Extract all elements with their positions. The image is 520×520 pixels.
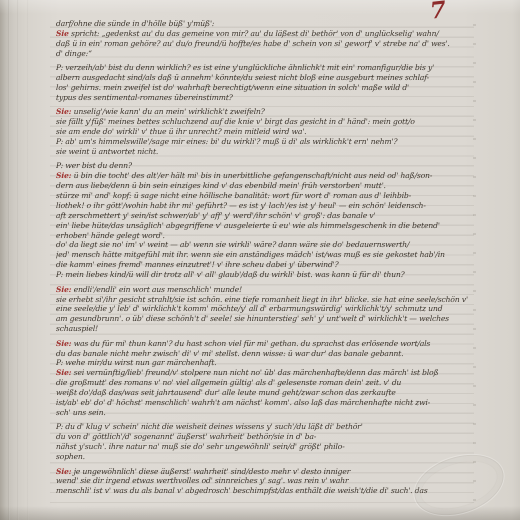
text-line: P: ab' um's himmelswille'/sage mir eines…	[56, 137, 470, 147]
text-line: typus des sentimental-romanes übereinsti…	[56, 93, 470, 103]
text-line: Sie spricht: „gedenkst au' du das gemein…	[56, 29, 470, 39]
text-line: sch' uns sein.	[56, 408, 470, 418]
speaker-rubric: Sie:	[56, 107, 72, 116]
gutter-crease	[27, 0, 29, 520]
line-text: jed' mensch hätte mitgefühl mit ihr. wen…	[56, 250, 445, 259]
line-text: sie am ende do' wirkli' v' thue ü ihr un…	[56, 127, 307, 136]
text-line: Sie: ü bin die tocht' des alt'/er hält m…	[56, 171, 470, 181]
text-line: darf/ohne die sünde in d'hölle büß' y'mü…	[56, 19, 470, 29]
line-text: albern ausgedacht sind/als daß ü annehm'…	[56, 73, 429, 82]
line-text: du von d' göttlich'/d' sogenannt' äußers…	[56, 432, 316, 441]
text-line: ein' liebe hüte/das unsäglich' abgegriff…	[56, 221, 470, 231]
line-text: sch' uns sein.	[56, 408, 106, 417]
text-line: erhoben' hände gelegt word'.	[56, 231, 470, 241]
line-text: P: verzeih/ab' bist du denn wirklich? es…	[56, 63, 434, 72]
text-line: Sie: was du für mi' thun kann'? du hast …	[56, 339, 470, 349]
line-text: aft zerschmettert y' sein/ist schwer/ab'…	[56, 211, 376, 220]
line-text: die kamm' eines fremd' mannes einzutret'…	[56, 260, 339, 269]
text-line: jed' mensch hätte mitgefühl mit ihr. wen…	[56, 250, 470, 260]
text-line: liothek! o ihr gött'/wohin habt ihr mi' …	[56, 201, 470, 211]
text-line: d' dinge:“	[56, 49, 470, 59]
speaker-rubric: Sie	[56, 29, 69, 38]
line-text: sie weint ü antwortet nicht.	[56, 147, 158, 156]
line-text: d' dinge:“	[56, 49, 92, 58]
text-line: Sie: je ungewöhnlich' diese äußerst' wah…	[56, 467, 470, 477]
line-text: daß ü in ein' roman gehöre? au' du/o fre…	[56, 39, 450, 48]
text-line: eine seele/die y' leb' d' wirklichk't ko…	[56, 304, 470, 314]
line-text: do' da liegt sie no' im' v' weint — ab' …	[56, 240, 410, 249]
text-line: Sie: unselig'/wie kann' du an mein' wirk…	[56, 107, 470, 117]
gutter-crease	[8, 0, 10, 520]
line-text: menschli' ist v' was du als banal v' abg…	[56, 486, 428, 495]
text-line: am gesundbrunn'. o üb' diese schönh't d'…	[56, 314, 470, 324]
line-text: sie erhebt si'/ihr gesicht strahlt/sie i…	[56, 295, 470, 304]
text-line: die großmutt' des romans v' no' viel all…	[56, 378, 470, 388]
speaker-rubric: Sie:	[56, 467, 72, 476]
line-text: ist/ab' eb' do' d' höchst' menschlich' w…	[56, 398, 430, 407]
text-line: albern ausgedacht sind/als daß ü annehm'…	[56, 73, 470, 83]
text-line: wend' sie dir irgend etwas werthvolles o…	[56, 476, 470, 486]
text-line: weißt do'/daß das/was seit jahrtausend' …	[56, 388, 470, 398]
line-text: am gesundbrunn'. o üb' diese schönh't d'…	[56, 314, 449, 323]
line-text: P: du d' klug v' schein' nicht die weish…	[56, 422, 363, 431]
text-line: daß ü in ein' roman gehöre? au' du/o fre…	[56, 39, 470, 49]
line-text: dern aus liebe/denn ü bin sein einziges …	[56, 181, 386, 190]
text-line: aft zerschmettert y' sein/ist schwer/ab'…	[56, 211, 470, 221]
text-line: du das banale nicht mehr zwisch' di' v' …	[56, 349, 470, 359]
text-line: sie fällt y'füß' meines bettes schluchze…	[56, 117, 470, 127]
text-line: sie weint ü antwortet nicht.	[56, 147, 470, 157]
line-text: stürze mi' and' kopf: ü sage nicht eine …	[56, 191, 411, 200]
text-line: los' gehirns. mein zweifel ist do' wahrh…	[56, 83, 470, 93]
line-text: P: ab' um's himmelswille'/sage mir eines…	[56, 137, 398, 146]
text-line: P: wer bist du denn?	[56, 161, 470, 171]
manuscript-text: darf/ohne die sünde in d'hölle büß' y'mü…	[56, 19, 470, 511]
text-line: menschli' ist v' was du als banal v' abg…	[56, 486, 470, 496]
line-text: erhoben' hände gelegt word'.	[56, 231, 165, 240]
line-text: je ungewöhnlich' diese äußerst' wahrheit…	[71, 467, 350, 476]
line-text: P: wehe mir/du wirst nun gar märchenhaft…	[56, 358, 217, 367]
text-line: du von d' göttlich'/d' sogenannt' äußers…	[56, 432, 470, 442]
text-line: nähst y'such'. ihre natur na' muß sie do…	[56, 442, 470, 452]
line-text: die großmutt' des romans v' no' viel all…	[56, 378, 401, 387]
text-line: Sie: sei vernünftig/lieb' freund/v' stol…	[56, 368, 470, 378]
line-text: sie fällt y'füß' meines bettes schluchze…	[56, 117, 415, 126]
text-line: stürze mi' and' kopf: ü sage nicht eine …	[56, 191, 470, 201]
text-line: schauspiel!	[56, 324, 470, 334]
line-text: weißt do'/daß das/was seit jahrtausend' …	[56, 388, 396, 397]
line-text: eine seele/die y' leb' d' wirklichk't ko…	[56, 304, 443, 313]
speaker-rubric: Sie:	[56, 171, 72, 180]
line-text: typus des sentimental-romanes übereinsti…	[56, 93, 233, 102]
speaker-rubric: Sie:	[56, 368, 72, 377]
line-text: endli'/endli' ein wort aus menschlich' m…	[71, 285, 242, 294]
line-text: unselig'/wie kann' du an mein' wirklichk…	[71, 107, 265, 116]
line-text: los' gehirns. mein zweifel ist do' wahrh…	[56, 83, 409, 92]
gutter-crease	[17, 0, 19, 520]
line-text: sophen.	[56, 452, 85, 461]
text-line: die kamm' eines fremd' mannes einzutret'…	[56, 260, 470, 270]
text-line: do' da liegt sie no' im' v' weint — ab' …	[56, 240, 470, 250]
text-line: Sie: endli'/endli' ein wort aus menschli…	[56, 285, 470, 295]
line-text: spricht: „gedenkst au' du das gemeine vo…	[69, 29, 439, 38]
line-text: liothek! o ihr gött'/wohin habt ihr mi' …	[56, 201, 426, 210]
speaker-rubric: Sie:	[56, 339, 72, 348]
text-line: P: du d' klug v' schein' nicht die weish…	[56, 422, 470, 432]
text-line: sie erhebt si'/ihr gesicht strahlt/sie i…	[56, 295, 470, 305]
line-text: darf/ohne die sünde in d'hölle büß' y'mü…	[56, 19, 214, 28]
line-text: schauspiel!	[56, 324, 98, 333]
text-line: sie am ende do' wirkli' v' thue ü ihr un…	[56, 127, 470, 137]
line-text: sei vernünftig/lieb' freund/v' stolpere …	[71, 368, 438, 377]
text-line: P: mein liebes kind/ü will dir trotz all…	[56, 270, 470, 280]
line-text: wend' sie dir irgend etwas werthvolles o…	[56, 476, 349, 485]
line-text: P: wer bist du denn?	[56, 161, 132, 170]
line-text: P: mein liebes kind/ü will dir trotz all…	[56, 270, 405, 279]
line-text: ein' liebe hüte/das unsäglich' abgegriff…	[56, 221, 440, 230]
line-text: nähst y'such'. ihre natur na' muß sie do…	[56, 442, 345, 451]
book-photo: 7 darf/ohne die sünde in d'hölle büß' y'…	[0, 0, 520, 520]
line-text: ü bin die tocht' des alt'/er hält mi' bi…	[71, 171, 432, 180]
line-text: was du für mi' thun kann'? du hast schon…	[71, 339, 430, 348]
line-text: du das banale nicht mehr zwisch' di' v' …	[56, 349, 404, 358]
margin-guide-dots	[473, 24, 476, 504]
speaker-rubric: Sie:	[56, 285, 72, 294]
text-line: ist/ab' eb' do' d' höchst' menschlich' w…	[56, 398, 470, 408]
text-line: P: verzeih/ab' bist du denn wirklich? es…	[56, 63, 470, 73]
text-line: sophen.	[56, 452, 470, 462]
text-line: P: wehe mir/du wirst nun gar märchenhaft…	[56, 358, 470, 368]
text-line: dern aus liebe/denn ü bin sein einziges …	[56, 181, 470, 191]
